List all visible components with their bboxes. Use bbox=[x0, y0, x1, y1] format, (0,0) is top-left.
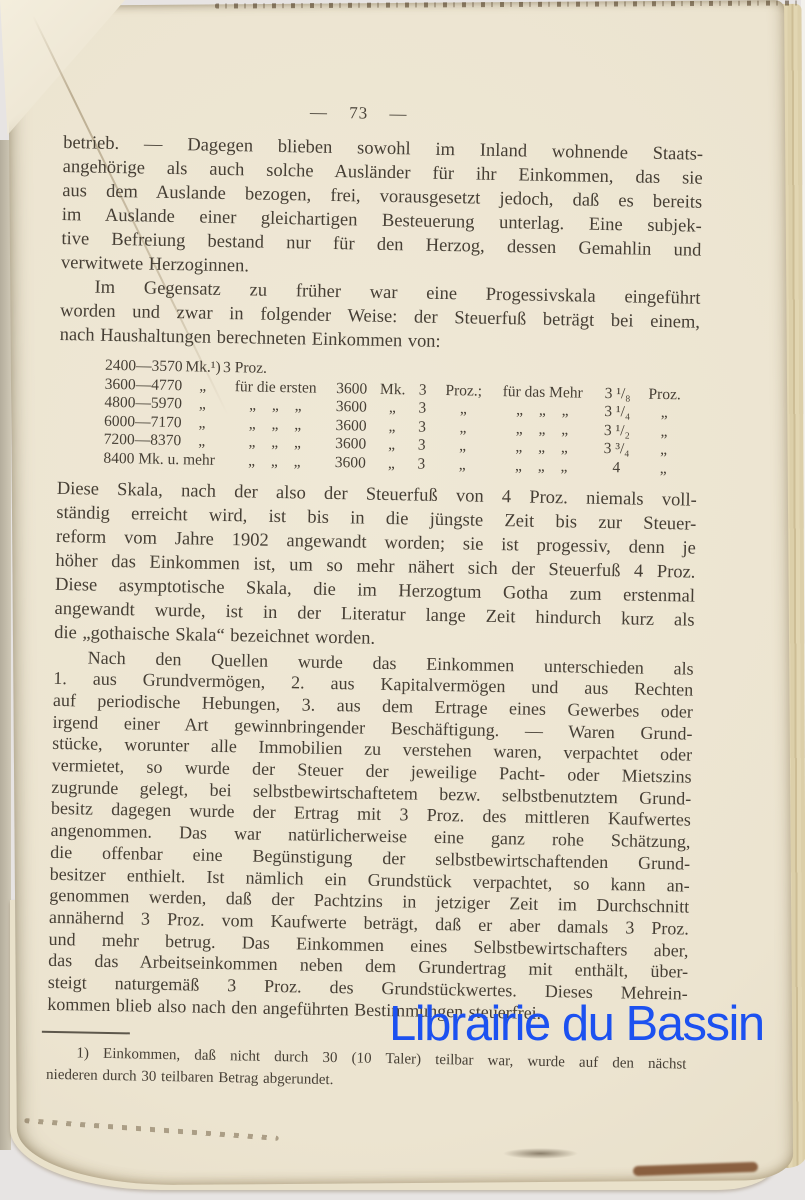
table-cell: „ bbox=[374, 436, 410, 455]
table-cell: 4800—5970 bbox=[104, 394, 182, 413]
table-cell: „ „ „ bbox=[492, 420, 592, 440]
table-cell: „ bbox=[373, 455, 409, 474]
table-cell: „ „ „ bbox=[222, 433, 328, 453]
table-cell: „ bbox=[374, 399, 410, 418]
table-cell: „ bbox=[182, 395, 222, 414]
table-cell: „ bbox=[642, 404, 686, 423]
table-cell: 3 ¹/₈ bbox=[593, 384, 643, 403]
table-cell: „ bbox=[641, 460, 685, 479]
table-cell: 3 bbox=[409, 455, 433, 473]
paragraph-3: Diese Skala, nach der also der Steuerfuß… bbox=[54, 476, 697, 656]
table-cell: „ bbox=[642, 422, 686, 441]
table-cell: 3 bbox=[410, 418, 434, 436]
table-cell: 3 bbox=[410, 400, 434, 418]
table-cell: 4 bbox=[591, 459, 641, 478]
table-cell: 3600 bbox=[328, 435, 374, 454]
table-cell: „ bbox=[434, 437, 492, 456]
table-cell: 3 ¹/₂ bbox=[592, 422, 642, 441]
table-cell: 3600 bbox=[329, 379, 375, 398]
table-cell: für das Mehr bbox=[493, 383, 593, 403]
body-text-flow: betrieb. — Dagegen blieben sowohl im Inl… bbox=[47, 131, 703, 1027]
paragraph-2: Im Gegensatz zu früher war eine Progessi… bbox=[59, 275, 700, 359]
table-cell: Proz. bbox=[643, 385, 687, 404]
table-cell: 6000—7170 bbox=[104, 413, 182, 432]
table-cell: „ bbox=[374, 418, 410, 437]
table-cell: „ bbox=[434, 400, 492, 419]
table-cell: 3 bbox=[411, 381, 435, 399]
tax-scale-table: 2400—3570Mk.¹)3 Proz.3600—4770„für die e… bbox=[103, 357, 699, 479]
table-cell: „ „ „ bbox=[492, 401, 592, 421]
bookseller-watermark: Librairie du Bassin bbox=[389, 996, 764, 1052]
table-cell: 3 ³/₄ bbox=[591, 440, 641, 459]
table-cell: „ „ „ bbox=[492, 438, 592, 458]
table-cell: „ bbox=[182, 433, 222, 452]
table-cell: 8400 Mk. u. mehr bbox=[103, 450, 181, 469]
table-cell: Proz.; bbox=[435, 381, 493, 400]
table-cell: 3600 bbox=[327, 454, 373, 473]
table-cell bbox=[329, 374, 375, 375]
table-cell: 3 Proz. bbox=[223, 359, 329, 379]
table-cell: 2400—3570 bbox=[105, 357, 183, 376]
paragraph-1: betrieb. — Dagegen blieben sowohl im Inl… bbox=[61, 131, 704, 287]
table-cell: 3600 bbox=[328, 417, 374, 436]
table-cell: „ „ „ bbox=[491, 457, 591, 477]
table-cell: „ bbox=[434, 419, 492, 438]
table-cell: für die ersten bbox=[223, 378, 329, 398]
table-cell: „ „ „ bbox=[222, 396, 328, 416]
paragraph-4: Nach den Quellen wurde das Einkommen unt… bbox=[47, 646, 694, 1027]
printed-text-area: — 73 — betrieb. — Dagegen blieben sowohl… bbox=[46, 98, 704, 1097]
table-cell bbox=[493, 377, 593, 379]
table-cell: „ bbox=[641, 441, 685, 460]
table-cell: 3600 bbox=[328, 398, 374, 417]
table-cell bbox=[593, 379, 643, 380]
table-cell: 3 ¹/₄ bbox=[592, 403, 642, 422]
table-cell bbox=[643, 380, 687, 381]
table-cell: „ bbox=[183, 377, 223, 396]
page-bottom-smudge bbox=[503, 1148, 578, 1159]
table-cell: 3600—4770 bbox=[105, 375, 183, 394]
table-cell: „ bbox=[182, 414, 222, 433]
table-cell: Mk. bbox=[375, 380, 411, 399]
table-cell: „ „ „ bbox=[222, 415, 328, 435]
footnote-rule bbox=[42, 1030, 130, 1034]
table-cell: 3 bbox=[410, 437, 434, 455]
table-cell: 7200—8370 bbox=[104, 431, 182, 450]
table-cell bbox=[435, 376, 493, 377]
table-cell: „ „ „ bbox=[221, 452, 327, 472]
table-cell: Mk.¹) bbox=[183, 358, 223, 377]
table-cell bbox=[375, 375, 411, 376]
table-cell: „ bbox=[433, 456, 491, 475]
